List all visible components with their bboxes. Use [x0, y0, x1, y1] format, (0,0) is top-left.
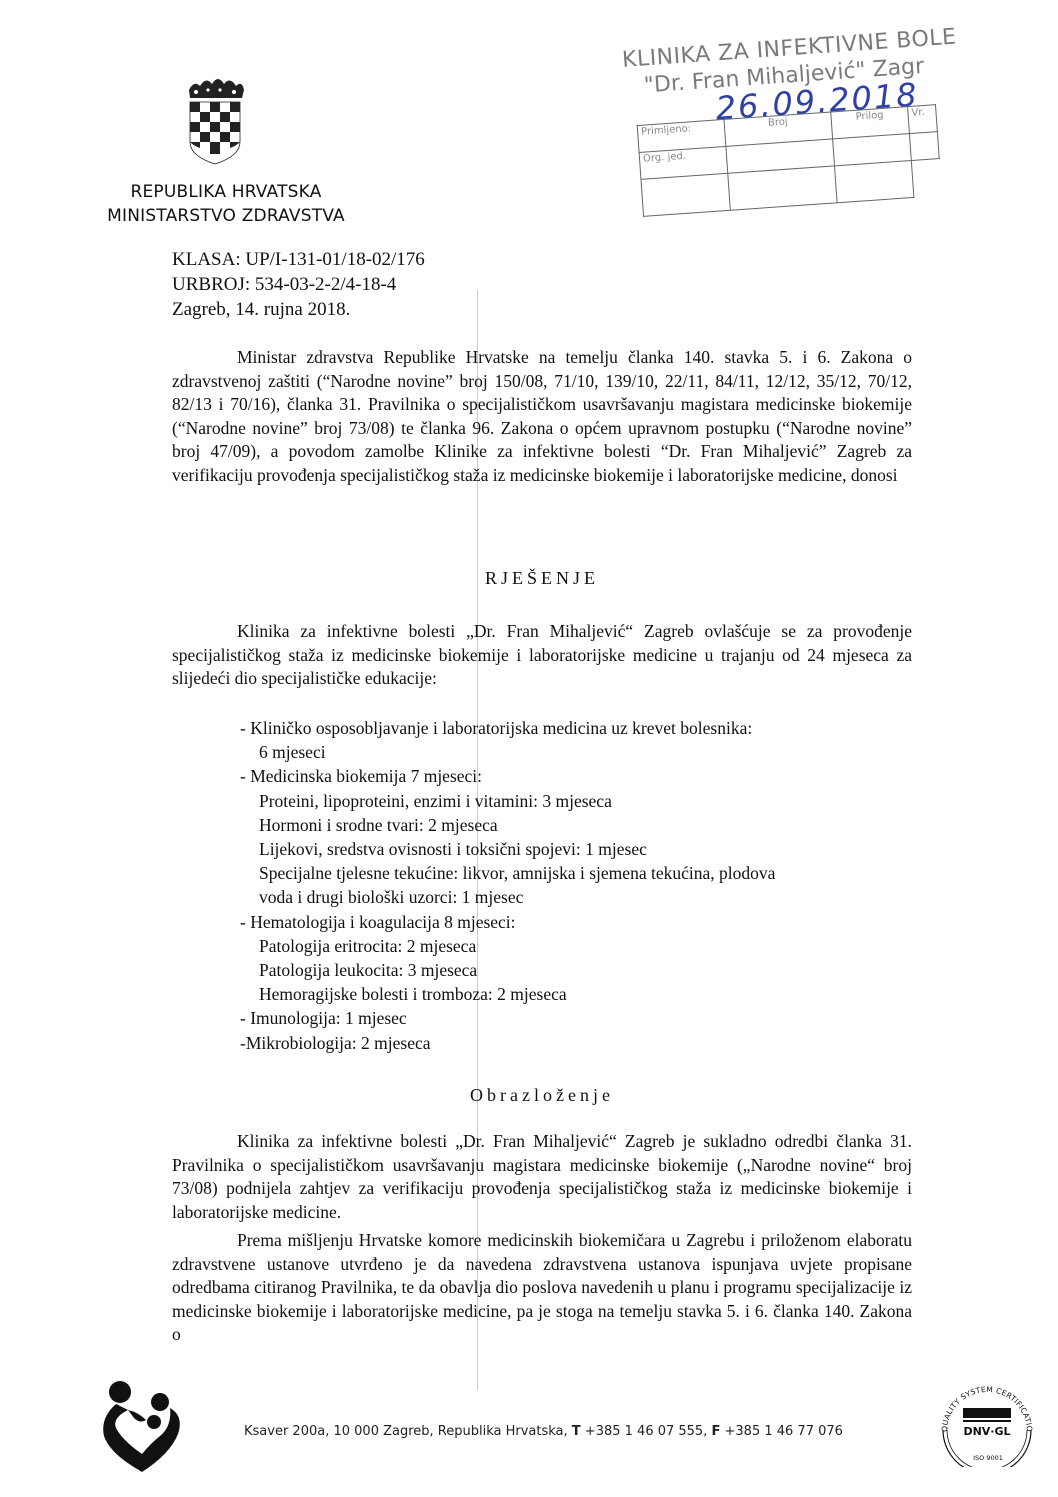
- svg-text:ISO 9001: ISO 9001: [973, 1454, 1003, 1462]
- education-list-item: - Imunologija: 1 mjesec: [240, 1006, 775, 1030]
- intro-paragraph: Ministar zdravstva Republike Hrvatske na…: [172, 346, 912, 487]
- decision-paragraph: Klinika za infektivne bolesti „Dr. Fran …: [172, 620, 912, 691]
- education-list-item: - Medicinska biokemija 7 mjeseci:: [240, 764, 775, 788]
- education-list-item: Specijalne tjelesne tekućine: likvor, am…: [240, 861, 775, 885]
- fax-number: +385 1 46 77 076: [720, 1424, 843, 1439]
- education-list-item: Lijekovi, sredstva ovisnosti i toksični …: [240, 837, 775, 861]
- footer-address: Ksaver 200a, 10 000 Zagreb, Republika Hr…: [244, 1424, 843, 1439]
- stamp-table: Primljeno: Broj Prilog Vr. Org. jed.: [637, 104, 943, 217]
- phone-number: +385 1 46 07 555,: [581, 1424, 712, 1439]
- stamp-cell: [728, 166, 837, 210]
- stamp-cell: [909, 132, 939, 161]
- education-list-item: - Hematologija i koagulacija 8 mjeseci:: [240, 910, 775, 934]
- education-list-item: - Kliničko osposobljavanje i laboratorij…: [240, 716, 775, 740]
- dnv-gl-certification-icon: QUALITY SYSTEM CERTIFICATION DNV·GL ISO …: [925, 1372, 1045, 1467]
- stamp-cell: [641, 173, 730, 216]
- receipt-stamp: KLINIKA ZA INFEKTIVNE BOLE "Dr. Fran Mih…: [620, 7, 962, 220]
- stamp-field-value: Vr.: [908, 105, 938, 134]
- explanation-paragraph-1: Klinika za infektivne bolesti „Dr. Fran …: [172, 1130, 912, 1224]
- education-list-item: 6 mjeseci: [240, 740, 775, 764]
- address-text: Ksaver 200a, 10 000 Zagreb, Republika Hr…: [244, 1424, 572, 1439]
- explanation-paragraph-2: Prema mišljenju Hrvatske komore medicins…: [172, 1229, 912, 1347]
- phone-label: T: [572, 1424, 581, 1439]
- education-list-item: Hormoni i srodne tvari: 2 mjeseca: [240, 813, 775, 837]
- education-list-item: voda i drugi biološki uzorci: 1 mjesec: [240, 885, 775, 909]
- reference-block: KLASA: UP/I-131-01/18-02/176 URBROJ: 534…: [172, 247, 425, 322]
- education-list-item: -Mikrobiologija: 2 mjeseca: [240, 1031, 775, 1055]
- education-list: - Kliničko osposobljavanje i laboratorij…: [240, 716, 775, 1055]
- stamp-cell: [911, 159, 942, 198]
- coat-of-arms-icon: [186, 72, 246, 177]
- svg-text:DNV·GL: DNV·GL: [963, 1425, 1010, 1438]
- svg-text:QUALITY SYSTEM CERTIFICATION: QUALITY SYSTEM CERTIFICATION: [925, 1372, 1034, 1432]
- education-list-item: Patologija leukocita: 3 mjeseca: [240, 958, 775, 982]
- urbroj-number: URBROJ: 534-03-2-2/4-18-4: [172, 272, 425, 297]
- decision-heading: RJEŠENJE: [172, 568, 912, 589]
- education-list-item: Hemoragijske bolesti i tromboza: 2 mjese…: [240, 982, 775, 1006]
- explanation-heading: Obrazloženje: [172, 1085, 912, 1106]
- country-name: REPUBLIKA HRVATSKA: [106, 180, 346, 204]
- ministry-letterhead: REPUBLIKA HRVATSKA MINISTARSTVO ZDRAVSTV…: [106, 180, 346, 228]
- education-list-item: Patologija eritrocita: 2 mjeseca: [240, 934, 775, 958]
- place-date: Zagreb, 14. rujna 2018.: [172, 297, 425, 322]
- education-list-item: Proteini, lipoproteini, enzimi i vitamin…: [240, 789, 775, 813]
- klasa-number: KLASA: UP/I-131-01/18-02/176: [172, 247, 425, 272]
- ministry-name: MINISTARSTVO ZDRAVSTVA: [106, 204, 346, 228]
- family-heart-logo-icon: [98, 1378, 186, 1474]
- stamp-cell: [835, 160, 914, 202]
